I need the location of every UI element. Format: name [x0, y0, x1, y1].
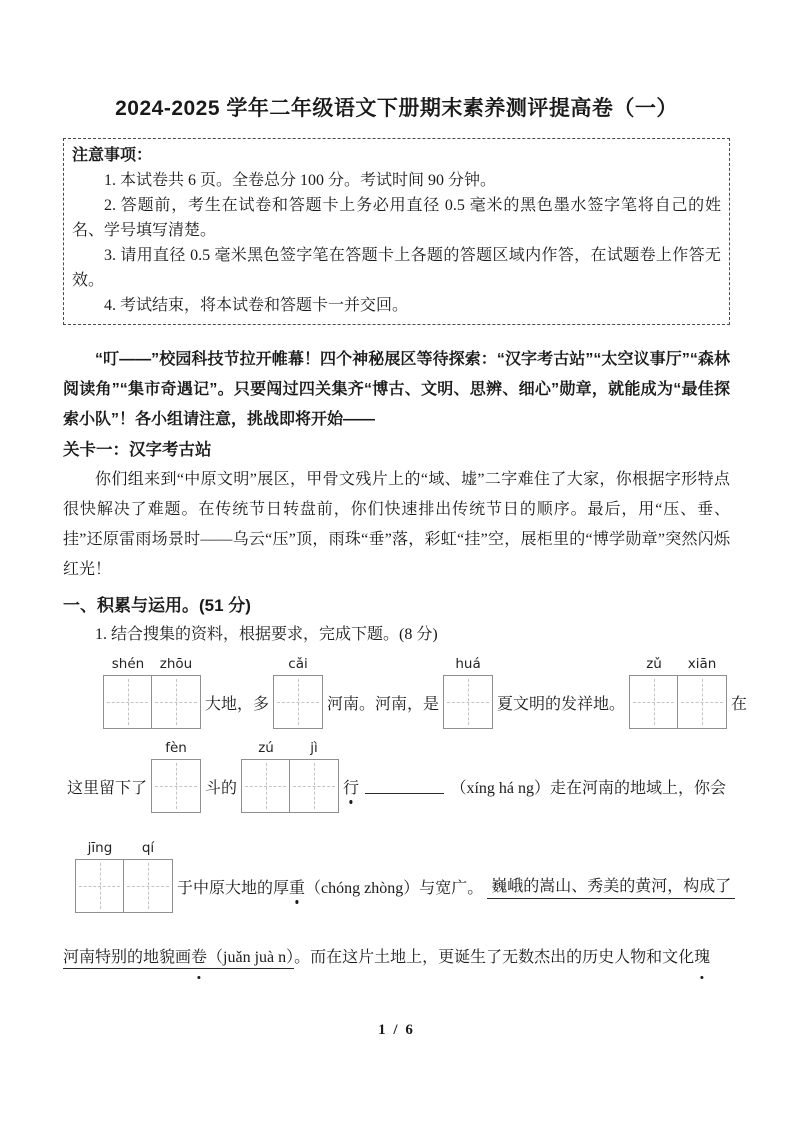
pinyin-label: qí [124, 839, 172, 857]
char-xing: 行 [343, 775, 359, 798]
answer-blank[interactable] [365, 778, 444, 793]
grid-cell[interactable] [274, 676, 322, 728]
pinyin-row: huá [444, 655, 492, 673]
pinyin-row: zǔ xiān [630, 655, 726, 673]
fill-text: 这里留下了 [63, 775, 151, 798]
char-zhong: 重 [289, 875, 305, 898]
grid-cell[interactable] [124, 860, 172, 912]
level1-heading: 关卡一：汉字考古站 [63, 435, 730, 465]
pinyin-label: zǔ [630, 655, 678, 673]
pinyin-row: jīng qí [76, 839, 172, 857]
notice-item-1: 1. 本试卷共 6 页。全卷总分 100 分。考试时间 90 分钟。 [72, 168, 721, 193]
grid-cell[interactable] [76, 860, 124, 912]
fill-text: 夏文明的发祥地。 [493, 691, 629, 714]
question-1: 1. 结合搜集的资料，根据要求，完成下题。(8 分) [63, 621, 730, 649]
pinyin-label: jì [290, 739, 338, 757]
notice-box: 注意事项： 1. 本试卷共 6 页。全卷总分 100 分。考试时间 90 分钟。… [63, 138, 730, 325]
section1-heading: 一、积累与运用。(51 分) [63, 591, 730, 621]
intro-paragraph: “叮——”校园科技节拉开帷幕！四个神秘展区等待探索：“汉字考古站”“太空议事厅”… [63, 345, 730, 435]
writing-grid-zuxian[interactable]: zǔ xiān [629, 675, 727, 729]
grid-cell[interactable] [290, 760, 338, 812]
pinyin-label: fèn [152, 739, 200, 757]
pinyin-label: zhōu [152, 655, 200, 673]
page-number: 1 / 6 [0, 1022, 793, 1039]
notice-heading: 注意事项： [72, 143, 721, 168]
fill-row-3: jīng qí 于中原大地的厚重（chóng zhòng）与宽广。 巍峨的嵩山、… [63, 859, 730, 913]
writing-grid-zuji[interactable]: zú jì [241, 759, 339, 813]
pinyin-label: jīng [76, 839, 124, 857]
fill-text: 河南。河南，是 [323, 691, 443, 714]
writing-grid-hua[interactable]: huá [443, 675, 493, 729]
fill-text: 在 [727, 691, 751, 714]
fill-in-exercise: shén zhōu 大地，多 cǎi 河南。河南，是 huá 夏文明的发 [63, 675, 730, 973]
writing-grid-cai[interactable]: cǎi [273, 675, 323, 729]
grid-cell[interactable] [152, 676, 200, 728]
writing-grid-jingqi[interactable]: jīng qí [75, 859, 173, 913]
grid-cell[interactable] [104, 676, 152, 728]
notice-item-4: 4. 考试结束，将本试卷和答题卡一并交回。 [72, 293, 721, 318]
grid-cell[interactable] [152, 760, 200, 812]
pinyin-row: fèn [152, 739, 200, 757]
fill-row-1: shén zhōu 大地，多 cǎi 河南。河南，是 huá 夏文明的发 [63, 675, 730, 729]
pinyin-label: cǎi [274, 655, 322, 673]
underlined-text: 巍峨的嵩山、秀美的黄河，构成了 [487, 873, 735, 899]
underlined-text: 河南特别的地貌画卷（juǎn juà n） [63, 949, 294, 969]
level1-story: 你们组来到“中原文明”展区，甲骨文残片上的“域、墟”二字难住了大家，你根据字形特… [63, 465, 730, 585]
page-title: 2024-2025 学年二年级语文下册期末素养测评提高卷（一） [63, 94, 730, 124]
pinyin-label: huá [444, 655, 492, 673]
fill-text: 斗的 [201, 775, 241, 798]
char-gui: 瑰 [694, 943, 710, 973]
grid-cell[interactable] [242, 760, 290, 812]
pinyin-label: shén [104, 655, 152, 673]
pinyin-label: xiān [678, 655, 726, 673]
fill-text: （xíng há ng）走在河南的地域上，你会 [446, 775, 730, 798]
fill-text: 于中原大地的厚重（chóng zhòng）与宽广。 [173, 875, 487, 898]
notice-item-2: 2. 答题前，考生在试卷和答题卡上务必用直径 0.5 毫米的黑色墨水签字笔将自己… [72, 193, 721, 243]
pinyin-label: zú [242, 739, 290, 757]
grid-cell[interactable] [678, 676, 726, 728]
writing-grid-shenzhou[interactable]: shén zhōu [103, 675, 201, 729]
char-juan: 卷 [191, 943, 207, 973]
continued-line: 河南特别的地貌画卷（juǎn juà n）。而在这片土地上，更诞生了无数杰出的历… [63, 943, 730, 973]
pinyin-row: zú jì [242, 739, 338, 757]
writing-grid-fen[interactable]: fèn [151, 759, 201, 813]
notice-item-3: 3. 请用直径 0.5 毫米黑色签字笔在答题卡上各题的答题区域内作答，在试题卷上… [72, 243, 721, 293]
fill-text: 大地，多 [201, 691, 273, 714]
pinyin-row: cǎi [274, 655, 322, 673]
emphasized-char: 行 [339, 775, 363, 798]
grid-cell[interactable] [444, 676, 492, 728]
exam-page: 2024-2025 学年二年级语文下册期末素养测评提高卷（一） 注意事项： 1.… [0, 0, 793, 1122]
fill-row-2: 这里留下了 fèn 斗的 zú jì 行 （xíng há ng）走在河南的地域… [63, 759, 730, 813]
pinyin-row: shén zhōu [104, 655, 200, 673]
grid-cell[interactable] [630, 676, 678, 728]
